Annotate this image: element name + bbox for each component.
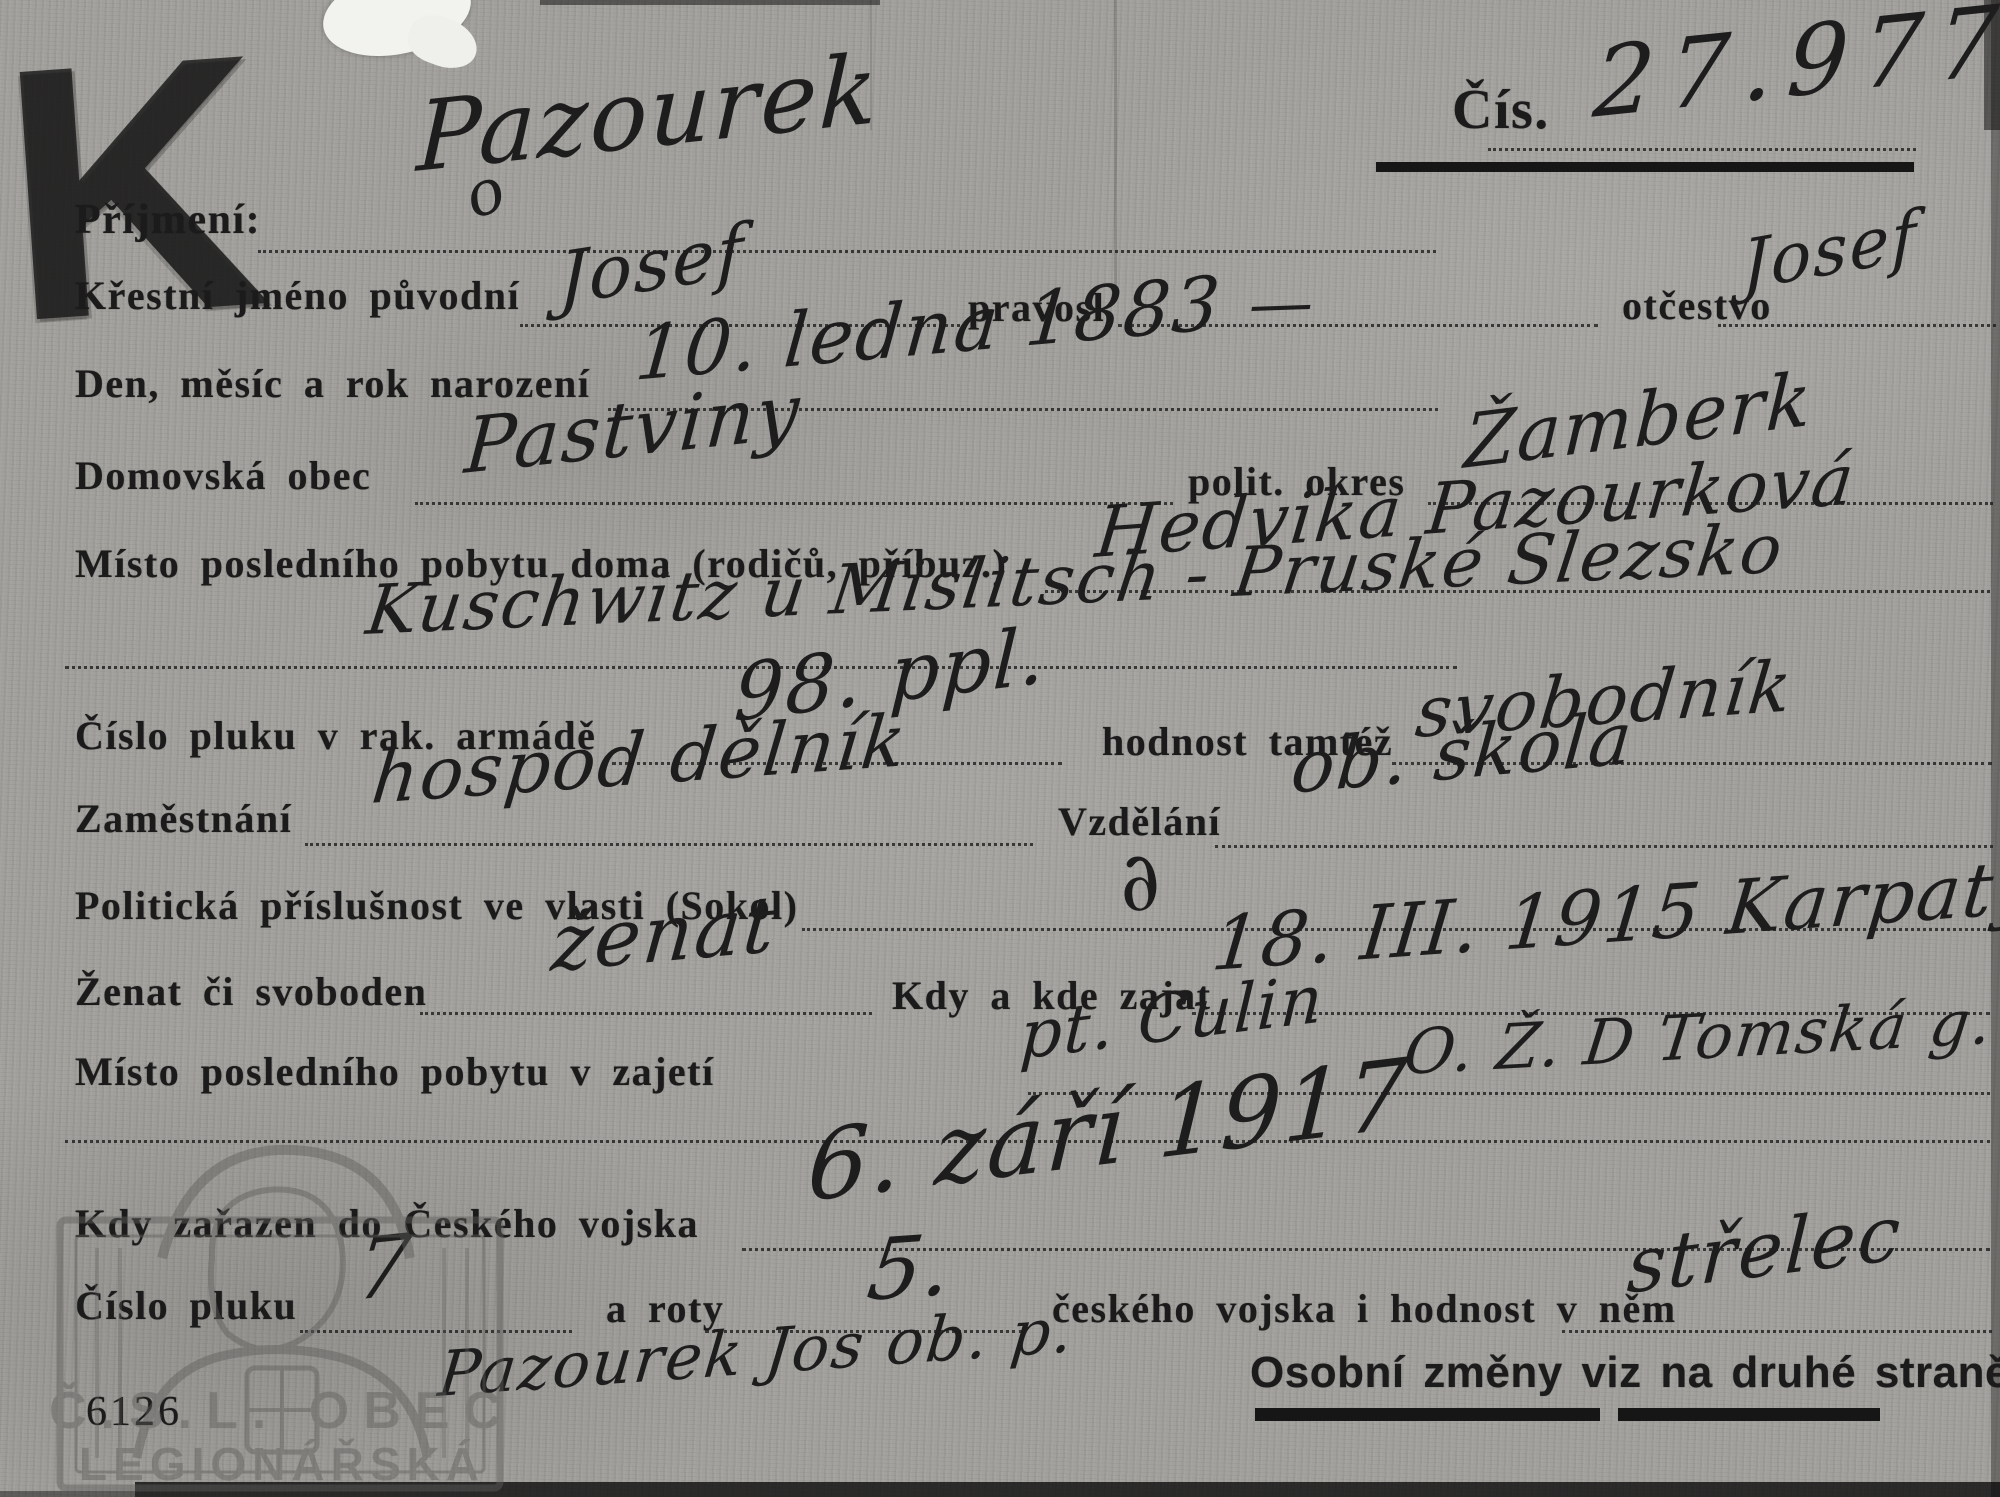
legion-stamp-text-line1: Č.S.L. OBEC: [49, 1381, 515, 1440]
top-edge-shadow: [540, 0, 880, 5]
cislo-dotted-line: [1488, 148, 1916, 151]
dotted-line-zamestnani: [305, 843, 1033, 846]
field-label-hodnost-cs: českého vojska i hodnost v něm: [1052, 1285, 1677, 1332]
field-value-politicka: ∂: [1108, 831, 1171, 933]
note-underline-left: [1255, 1408, 1600, 1421]
field-label-pobyt-zajeti: Místo posledního pobytu v zajetí: [75, 1048, 715, 1095]
field-value-zarazen: 6. září 1917: [805, 1037, 1412, 1224]
cislo-label: Čís.: [1452, 78, 1550, 142]
field-value2-pobyt-doma: Kuschwitz u Mislitsch - Pruské Slezsko: [362, 510, 1789, 651]
field-value-zenat: ženat: [548, 879, 780, 990]
note-underline-right: [1618, 1408, 1880, 1421]
surname-handwritten: Pazourek: [415, 32, 881, 194]
field-label-prijmeni: Příjmení:: [75, 196, 261, 244]
soldier-helmet: [162, 1150, 410, 1258]
field-label-krestni: Křestní jméno původní: [75, 272, 520, 319]
legion-stamp-text-line2: LEGIONÁŘSKÁ: [79, 1438, 485, 1490]
dotted-line-otcestvo: [1718, 324, 1996, 327]
field-value-hodnost-cs: střelec: [1625, 1187, 1904, 1311]
dotted-line-zenat: [420, 1012, 872, 1015]
k-stamp: K: [0, 0, 276, 377]
legion-stamp: Č.S.L. OBEC LEGIONÁŘSKÁ: [42, 1128, 522, 1497]
field-value-pravosl: —: [1247, 266, 1314, 342]
right-edge-shadow: [1991, 0, 2000, 1497]
dotted-line-prijmeni: [258, 250, 1436, 253]
dotted-line-obec: [415, 502, 1173, 505]
personal-note: Osobní změny viz na druhé straně!: [1250, 1348, 2000, 1398]
field-value-otcestvo: Josef: [1742, 196, 1918, 307]
cislo-value: 27.977: [1590, 0, 2000, 140]
soldier-head: [211, 1189, 343, 1349]
field-label-zamestnani: Zaměstnání: [75, 795, 292, 842]
crease-line-vertical: [1114, 0, 1117, 300]
signature-handwritten: Pazourek Jos ob. p.: [435, 1293, 1078, 1411]
field-value-zajat: 18. III. 1915 Karpaty: [1208, 843, 2000, 988]
dotted-line-hodnost-cs: [1562, 1330, 1992, 1333]
cislo-heavy-rule: [1376, 162, 1914, 172]
field-value-vzdelani: ob. škola: [1288, 695, 1637, 810]
field-label-zenat: Ženat či svoboden: [75, 968, 427, 1015]
field-label-obec: Domovská obec: [75, 452, 371, 499]
dotted-line-vzdelani: [1215, 845, 1993, 848]
legion-registration-card: K o Pazourek Čís. 27.977 Příjmení: Křest…: [0, 0, 2000, 1497]
field-value2-pobyt-zajeti: O. Ž. D Tomská g.: [1400, 985, 1998, 1089]
